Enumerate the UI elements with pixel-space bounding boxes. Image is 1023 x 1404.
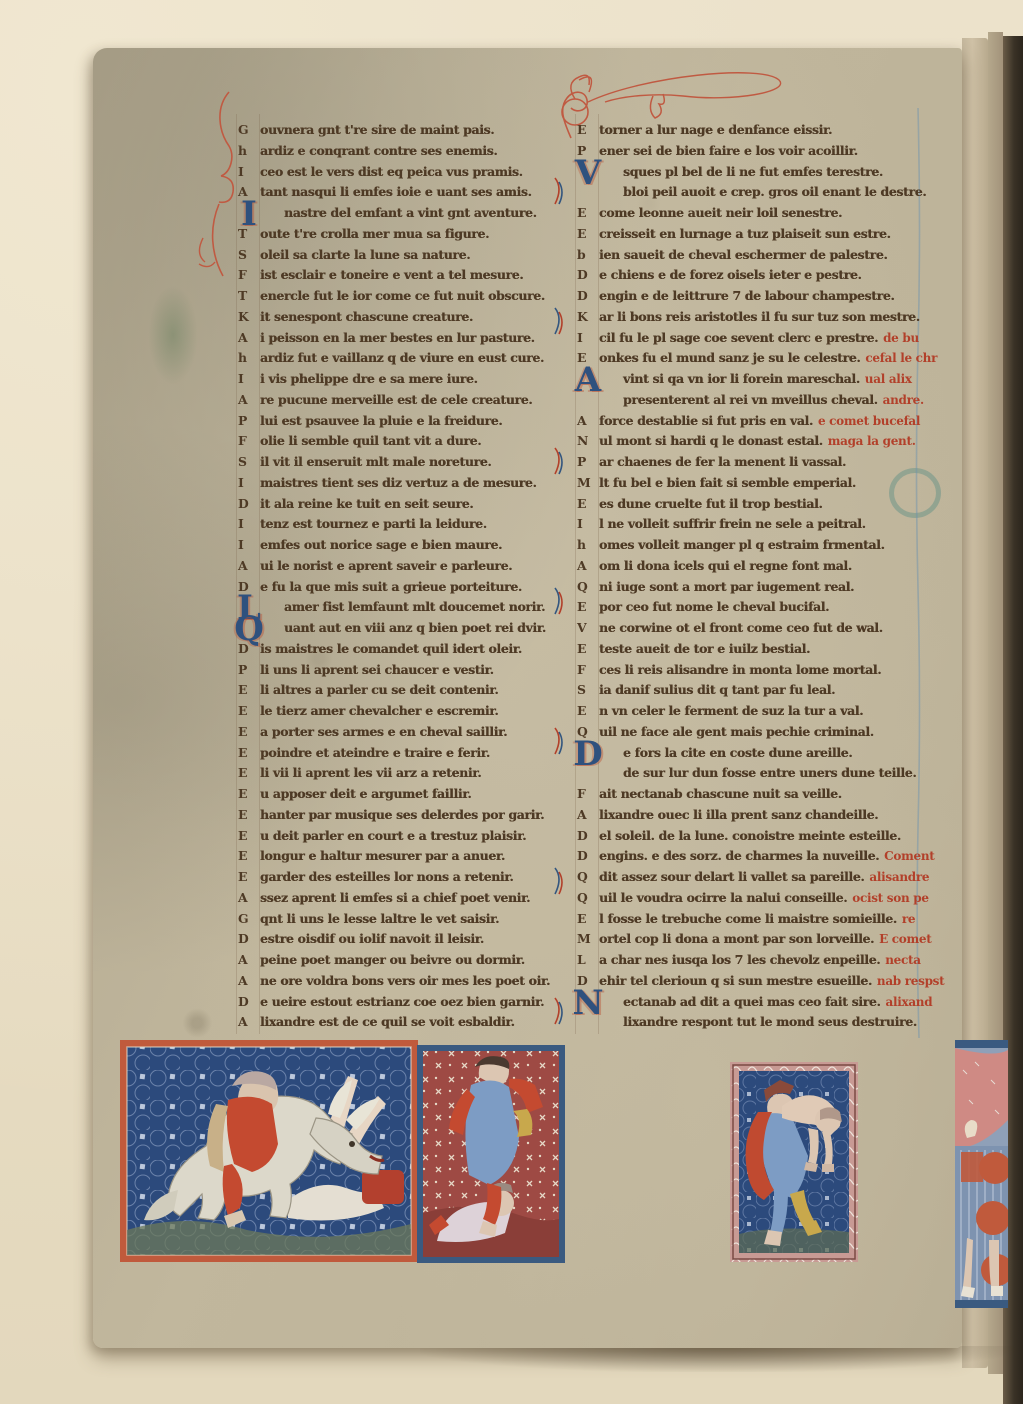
verse-text: e fu la que mis suit a grieue porteiture… (260, 577, 522, 598)
verse-initial-letter: E (577, 599, 599, 614)
verse-initial-letter: h (238, 350, 260, 365)
rubric-red-text: alisandre (864, 870, 929, 884)
verse-initial-letter: A (577, 413, 599, 428)
verse-initial-letter: K (238, 309, 260, 324)
verse-initial-letter: D (577, 848, 599, 863)
verse-initial-letter: Q (577, 890, 599, 905)
verse-initial-letter: E (238, 765, 260, 780)
verse-text: amer fist lemfaunt mlt doucemet norir. (260, 597, 545, 618)
verse-text: sques pl bel de li ne fut emfes terestre… (599, 162, 883, 183)
text-column-left: Gouvnera gnt t're sire de maint pais.har… (238, 120, 570, 1033)
verse-line: Assez aprent li emfes si a chief poet ve… (238, 888, 570, 909)
verse-text: ist esclair e toneire e vent a tel mesur… (260, 265, 523, 286)
verse-text: lixandre respont tut le mond seus destru… (599, 1012, 917, 1033)
verse-text: ssez aprent li emfes si a chief poet ven… (260, 888, 530, 909)
verse-initial-letter: I (577, 516, 599, 531)
verse-line: Dengins. e des sorz. de charmes la nuvei… (577, 846, 977, 867)
decorated-initial: D (571, 737, 605, 771)
verse-text: e ueire estout estrianz coe oez bien gar… (260, 992, 544, 1013)
verse-line: uant aut en viii anz q bien poet rei dvi… (238, 618, 570, 639)
verse-text: e chiens e de forez oisels ieter e pestr… (599, 265, 862, 286)
verse-initial-letter: A (577, 807, 599, 822)
verse-initial-letter: E (238, 807, 260, 822)
verse-initial-letter: M (577, 475, 599, 490)
verse-initial-letter: E (577, 226, 599, 241)
verse-initial-letter: T (238, 288, 260, 303)
verse-line: La char nes iusqa los 7 les chevolz enpe… (577, 950, 977, 971)
verse-initial-letter: P (238, 662, 260, 677)
verse-text: de sur lur dun fosse entre uners dune te… (599, 763, 916, 784)
verse-text: li vii li aprent les vii arz a retenir. (260, 763, 481, 784)
verse-line: Pli uns li aprent sei chaucer e vestir. (238, 660, 570, 681)
verse-text: tant nasqui li emfes ioie e uant ses ami… (260, 182, 532, 203)
verse-text: ui le norist e aprent saveir e parleure. (260, 556, 512, 577)
verse-text: ardiz fut e vaillanz q de viure en eust … (260, 348, 544, 369)
miniature-carrying-body (730, 1062, 858, 1262)
verse-text: force destablie si fut pris en val. (599, 411, 813, 432)
verse-line: Icil fu le pl sage coe sevent clerc e pr… (577, 328, 977, 349)
miniature-push-into-ditch (417, 1045, 565, 1263)
verse-initial-letter: D (577, 288, 599, 303)
verse-line: Ees dune cruelte fut il trop bestial. (577, 494, 977, 515)
verse-initial-letter: E (238, 682, 260, 697)
verse-text: ortel cop li dona a mont par son lorveil… (599, 929, 874, 950)
verse-text: om li dona icels qui el regne font mal. (599, 556, 852, 577)
verse-line: Eu deit parler en court e a trestuz plai… (238, 826, 570, 847)
verse-line: Sia danif sulius dit q tant par fu leal. (577, 680, 977, 701)
verse-line: Dis maistres le comandet quil idert olei… (238, 639, 570, 660)
rubric-red-text: alixand (880, 995, 932, 1009)
verse-text: garder des esteilles lor nons a retenir. (260, 867, 513, 888)
verse-initial-letter: F (577, 786, 599, 801)
verse-text: it senespont chascune creature. (260, 307, 473, 328)
verse-text: li uns li aprent sei chaucer e vestir. (260, 660, 494, 681)
decorated-initial: I (232, 197, 266, 231)
verse-text: ceo est le vers dist eq peica vus pramis… (260, 162, 523, 183)
verse-line: Fist esclair e toneire e vent a tel mesu… (238, 265, 570, 286)
decorated-initial: V (571, 156, 605, 190)
verse-initial-letter: E (577, 703, 599, 718)
verse-initial-letter: I (577, 330, 599, 345)
verse-line: Gqnt li uns le lesse laltre le vet saisi… (238, 909, 570, 930)
verse-initial-letter: E (577, 496, 599, 511)
verse-initial-letter: b (577, 247, 599, 262)
verse-initial-letter: L (577, 952, 599, 967)
verse-line: Ecome leonne aueit neir loil senestre. (577, 203, 977, 224)
verse-initial-letter: D (238, 496, 260, 511)
verse-text: i vis phelippe dre e sa mere iure. (260, 369, 478, 390)
verse-line: Ecreisseit en lurnage a tuz plaiseit sun… (577, 224, 977, 245)
text-column-right: Etorner a lur nage e denfance eissir.Pen… (577, 120, 977, 1033)
verse-line: Eonkes fu el mund sanz je su le celestre… (577, 348, 977, 369)
verse-text: onkes fu el mund sanz je su le celestre. (599, 348, 860, 369)
verse-line: Qdit assez sour delart li vallet sa pare… (577, 867, 977, 888)
verse-text: l fosse le trebuche come li maistre somi… (599, 909, 897, 930)
decorated-initial: Q (232, 612, 266, 646)
decorated-initial: A (571, 363, 605, 397)
verse-line: Quil ne face ale gent mais pechie crimin… (577, 722, 977, 743)
verse-initial-letter: I (238, 537, 260, 552)
verse-text: is maistres le comandet quil idert oleir… (260, 639, 522, 660)
verse-initial-letter: A (238, 558, 260, 573)
verse-line: sques pl bel de li ne fut emfes terestre… (577, 162, 977, 183)
verse-line: vint si qa vn ior li forein mareschal.ua… (577, 369, 977, 390)
rubric-red-text: maga la gent. (823, 434, 916, 448)
rubric-red-text: e comet bucefal (813, 414, 920, 428)
verse-line: e fors la cite en coste dune areille. (577, 743, 977, 764)
verse-text: a porter ses armes e en cheval saillir. (260, 722, 507, 743)
verse-line: Ele tierz amer chevalcher e escremir. (238, 701, 570, 722)
verse-text: qnt li uns le lesse laltre le vet saisir… (260, 909, 499, 930)
verse-line: nastre del emfant a vint gnt aventure. (238, 203, 570, 224)
verse-initial-letter: E (577, 122, 599, 137)
verse-initial-letter: E (577, 641, 599, 656)
verse-line: Sil vit il enseruit mlt male noreture. (238, 452, 570, 473)
verse-text: u deit parler en court e a trestuz plais… (260, 826, 526, 847)
verse-initial-letter: I (238, 371, 260, 386)
verse-text: enercle fut le ior come ce fut nuit obsc… (260, 286, 545, 307)
verse-line: Are pucune merveille est de cele creatur… (238, 390, 570, 411)
verse-line: De chiens e de forez oisels ieter e pest… (577, 265, 977, 286)
verse-initial-letter: h (238, 143, 260, 158)
verse-text: l ne volleit suffrir frein ne sele a pei… (599, 514, 866, 535)
verse-line: de sur lur dun fosse entre uners dune te… (577, 763, 977, 784)
verse-line: Del soleil. de la lune. conoistre meinte… (577, 826, 977, 847)
rubric-red-text: cefal le chr (860, 351, 937, 365)
verse-initial-letter: E (238, 724, 260, 739)
verse-line: Ane ore voldra bons vers oir mes les poe… (238, 971, 570, 992)
verse-text: uant aut en viii anz q bien poet rei dvi… (260, 618, 546, 639)
verse-text: ener sei de bien faire e los voir acoill… (599, 141, 858, 162)
rubric-red-text: nab respst (872, 974, 944, 988)
verse-text: lui est psauvee la pluie e la freidure. (260, 411, 502, 432)
verse-text: olie li semble quil tant vit a dure. (260, 431, 481, 452)
verse-initial-letter: K (577, 309, 599, 324)
verse-initial-letter: P (238, 413, 260, 428)
verse-line: hardiz e conqrant contre ses enemis. (238, 141, 570, 162)
verse-text: a char nes iusqa los 7 les chevolz enpei… (599, 950, 880, 971)
verse-line: Pener sei de bien faire e los voir acoil… (577, 141, 977, 162)
verse-line: Ehanter par musique ses delerdes por gar… (238, 805, 570, 826)
verse-line: Eli vii li aprent les vii arz a retenir. (238, 763, 570, 784)
verse-line: Gouvnera gnt t're sire de maint pais. (238, 120, 570, 141)
verse-line: De fu la que mis suit a grieue porteitur… (238, 577, 570, 598)
verse-text: ces li reis alisandre in monta lome mort… (599, 660, 881, 681)
verse-line: Ai peisson en la mer bestes en lur pastu… (238, 328, 570, 349)
verse-line: Fces li reis alisandre in monta lome mor… (577, 660, 977, 681)
manuscript-page: Gouvnera gnt t're sire de maint pais.har… (93, 48, 962, 1348)
verse-line: homes volleit manger pl q estraim frment… (577, 535, 977, 556)
verse-line: Il ne volleit suffrir frein ne sele a pe… (577, 514, 977, 535)
verse-text: ardiz e conqrant contre ses enemis. (260, 141, 497, 162)
verse-initial-letter: G (238, 911, 260, 926)
verse-line: presenterent al rei vn mveillus cheval.a… (577, 390, 977, 411)
verse-line: Destre oisdif ou iolif navoit il leisir. (238, 929, 570, 950)
verse-text: es dune cruelte fut il trop bestial. (599, 494, 822, 515)
rubric-red-text: Coment (879, 849, 934, 863)
verse-line: Folie li semble quil tant vit a dure. (238, 431, 570, 452)
miniature-facing-folio-partial (955, 1040, 1008, 1308)
verse-line: Qni iuge sont a mort par iugement real. (577, 577, 977, 598)
verse-text: come leonne aueit neir loil senestre. (599, 203, 842, 224)
verse-initial-letter: I (238, 516, 260, 531)
verse-text: ouvnera gnt t're sire de maint pais. (260, 120, 494, 141)
verse-text: n vn celer le ferment de suz la tur a va… (599, 701, 863, 722)
verse-initial-letter: S (577, 682, 599, 697)
verse-initial-letter: F (238, 267, 260, 282)
verse-text: omes volleit manger pl q estraim frmenta… (599, 535, 885, 556)
verse-line: Imaistres tient ses diz vertuz a de mesu… (238, 473, 570, 494)
verse-text: creisseit en lurnage a tuz plaiseit sun … (599, 224, 891, 245)
verse-initial-letter: S (238, 247, 260, 262)
verse-initial-letter: A (238, 392, 260, 407)
verse-initial-letter: A (238, 890, 260, 905)
verse-text: ait nectanab chascune nuit sa veille. (599, 784, 842, 805)
verse-text: estre oisdif ou iolif navoit il leisir. (260, 929, 484, 950)
verse-line: Ii vis phelippe dre e sa mere iure. (238, 369, 570, 390)
verse-initial-letter: A (238, 973, 260, 988)
verse-text: u apposer deit e argumet faillir. (260, 784, 471, 805)
verse-initial-letter: E (238, 869, 260, 884)
verse-text: tenz est tournez e parti la leidure. (260, 514, 487, 535)
verse-line: Alixandre ouec li illa prent sanz chande… (577, 805, 977, 826)
verse-initial-letter: M (577, 931, 599, 946)
verse-line: Epoindre et ateindre e traire e ferir. (238, 743, 570, 764)
verse-initial-letter: A (238, 1014, 260, 1029)
verse-line: Apeine poet manger ou beivre ou dormir. (238, 950, 570, 971)
verse-line: Nul mont si hardi q le donast estal.maga… (577, 431, 977, 452)
verse-line: El fosse le trebuche come li maistre som… (577, 909, 977, 930)
verse-initial-letter: E (238, 828, 260, 843)
verse-line: Epor ceo fut nome le cheval bucifal. (577, 597, 977, 618)
verse-initial-letter: D (238, 931, 260, 946)
verse-text: peine poet manger ou beivre ou dormir. (260, 950, 525, 971)
decorated-initial: N (571, 986, 605, 1020)
verse-line: Dit ala reine ke tuit en seit seure. (238, 494, 570, 515)
verse-line: Mortel cop li dona a mont par son lorvei… (577, 929, 977, 950)
verse-text: ar chaenes de fer la menent li vassal. (599, 452, 846, 473)
verse-text: bloi peil auoit e crep. gros oil enant l… (599, 182, 926, 203)
verse-line: Mlt fu bel e bien fait si semble emperia… (577, 473, 977, 494)
verse-text: torner a lur nage e denfance eissir. (599, 120, 832, 141)
verse-line: Plui est psauvee la pluie e la freidure. (238, 411, 570, 432)
rubric-red-text: de bu (878, 331, 919, 345)
verse-text: lt fu bel e bien fait si semble emperial… (599, 473, 856, 494)
verse-line: Eu apposer deit e argumet faillir. (238, 784, 570, 805)
verse-text: maistres tient ses diz vertuz a de mesur… (260, 473, 536, 494)
verse-text: el soleil. de la lune. conoistre meinte … (599, 826, 901, 847)
verse-text: teste aueit de tor e iuilz bestial. (599, 639, 810, 660)
verse-line: Soleil sa clarte la lune sa nature. (238, 245, 570, 266)
verse-initial-letter: E (238, 786, 260, 801)
verse-text: emfes out norice sage e bien maure. (260, 535, 502, 556)
verse-text: hanter par musique ses delerdes por gari… (260, 805, 544, 826)
verse-initial-letter: I (238, 475, 260, 490)
verse-line: Aui le norist e aprent saveir e parleure… (238, 556, 570, 577)
verse-text: ien saueit de cheval eschermer de palest… (599, 245, 887, 266)
verse-text: engins. e des sorz. de charmes la nuveil… (599, 846, 879, 867)
verse-text: presenterent al rei vn mveillus cheval. (599, 390, 878, 411)
verse-initial-letter: A (238, 330, 260, 345)
verse-initial-letter: E (577, 911, 599, 926)
verse-initial-letter: E (238, 703, 260, 718)
rubric-red-text: ocist son pe (847, 891, 928, 905)
verse-initial-letter: F (238, 433, 260, 448)
verse-text: ni iuge sont a mort par iugement real. (599, 577, 854, 598)
verse-line: Elongur e haltur mesurer par a anuer. (238, 846, 570, 867)
verse-initial-letter: F (577, 662, 599, 677)
verse-initial-letter: P (577, 454, 599, 469)
verse-initial-letter: A (577, 558, 599, 573)
miniature-bucephalus (120, 1040, 418, 1262)
rubric-red-text: andre. (878, 393, 924, 407)
rubric-red-text: re (897, 912, 915, 926)
verse-text: i peisson en la mer bestes en lur pastur… (260, 328, 535, 349)
verse-line: Vne corwine ot el front come ceo fut de … (577, 618, 977, 639)
verse-initial-letter: E (577, 205, 599, 220)
verse-text: por ceo fut nome le cheval bucifal. (599, 597, 829, 618)
verse-line: ectanab ad dit a quei mas ceo fait sire.… (577, 992, 977, 1013)
verse-initial-letter: I (238, 164, 260, 179)
verse-text: ia danif sulius dit q tant par fu leal. (599, 680, 835, 701)
verse-line: Quil le voudra ocirre la nalui conseille… (577, 888, 977, 909)
verse-text: lixandre est de ce quil se voit esbaldir… (260, 1012, 515, 1033)
verse-text: oute t're crolla mer mua sa figure. (260, 224, 489, 245)
verse-line: Iemfes out norice sage e bien maure. (238, 535, 570, 556)
verse-text: le tierz amer chevalcher e escremir. (260, 701, 498, 722)
verse-text: longur e haltur mesurer par a anuer. (260, 846, 505, 867)
verse-text: ectanab ad dit a quei mas ceo fait sire. (599, 992, 880, 1013)
verse-line: Alixandre est de ce quil se voit esbaldi… (238, 1012, 570, 1033)
verse-initial-letter: G (238, 122, 260, 137)
verse-line: Egarder des esteilles lor nons a retenir… (238, 867, 570, 888)
red-penwork-flourish-left (189, 88, 241, 288)
verse-line: Kit senespont chascune creature. (238, 307, 570, 328)
verse-line: Par chaenes de fer la menent li vassal. (577, 452, 977, 473)
verse-line: Atant nasqui li emfes ioie e uant ses am… (238, 182, 570, 203)
verse-text: re pucune merveille est de cele creature… (260, 390, 532, 411)
verse-text: lixandre ouec li illa prent sanz chandei… (599, 805, 878, 826)
rubric-red-text: necta (880, 953, 921, 967)
verse-initial-letter: D (238, 994, 260, 1009)
verse-text: ne corwine ot el front come ceo fut de w… (599, 618, 883, 639)
verse-text: ar li bons reis aristotles il fu sur tuz… (599, 307, 920, 328)
verse-text: vint si qa vn ior li forein mareschal. (599, 369, 860, 390)
verse-initial-letter: S (238, 454, 260, 469)
verse-initial-letter: E (238, 745, 260, 760)
verse-line: amer fist lemfaunt mlt doucemet norir. (238, 597, 570, 618)
page-shadow (420, 1346, 1015, 1372)
verse-text: il vit il enseruit mlt male noreture. (260, 452, 491, 473)
verse-line: Ea porter ses armes e en cheval saillir. (238, 722, 570, 743)
verse-text: dit assez sour delart li vallet sa parei… (599, 867, 864, 888)
verse-text: engin e de leittrure 7 de labour champes… (599, 286, 894, 307)
verse-line: Aforce destablie si fut pris en val.e co… (577, 411, 977, 432)
verse-line: Eli altres a parler cu se deit contenir. (238, 680, 570, 701)
verse-initial-letter: A (238, 952, 260, 967)
ruling-line (575, 114, 576, 1034)
verse-line: bien saueit de cheval eschermer de pales… (577, 245, 977, 266)
verse-initial-letter: h (577, 537, 599, 552)
verse-text: oleil sa clarte la lune sa nature. (260, 245, 470, 266)
verse-initial-letter: E (238, 848, 260, 863)
verse-line: Toute t're crolla mer mua sa figure. (238, 224, 570, 245)
verse-text: ehir tel clerioun q si sun mestre esueil… (599, 971, 872, 992)
verse-line: Dengin e de leittrure 7 de labour champe… (577, 286, 977, 307)
verse-initial-letter: Q (577, 579, 599, 594)
verse-text: nastre del emfant a vint gnt aventure. (260, 203, 537, 224)
verse-text: uil le voudra ocirre la nalui conseille. (599, 888, 847, 909)
verse-line: Etorner a lur nage e denfance eissir. (577, 120, 977, 141)
verse-line: Iceo est le vers dist eq peica vus prami… (238, 162, 570, 183)
verse-line: bloi peil auoit e crep. gros oil enant l… (577, 182, 977, 203)
verse-line: Dehir tel clerioun q si sun mestre esuei… (577, 971, 977, 992)
verse-text: uil ne face ale gent mais pechie crimina… (599, 722, 874, 743)
verse-line: Eteste aueit de tor e iuilz bestial. (577, 639, 977, 660)
verse-text: ul mont si hardi q le donast estal. (599, 431, 823, 452)
verse-text: it ala reine ke tuit en seit seure. (260, 494, 473, 515)
verse-initial-letter: N (577, 433, 599, 448)
verse-initial-letter: D (577, 267, 599, 282)
rubric-red-text: ual alix (860, 372, 912, 386)
verse-text: li altres a parler cu se deit contenir. (260, 680, 498, 701)
verse-line: Kar li bons reis aristotles il fu sur tu… (577, 307, 977, 328)
verse-initial-letter: Q (577, 869, 599, 884)
verse-line: Aom li dona icels qui el regne font mal. (577, 556, 977, 577)
green-stain (148, 285, 198, 385)
verse-line: De ueire estout estrianz coe oez bien ga… (238, 992, 570, 1013)
verse-initial-letter: V (577, 620, 599, 635)
verse-line: En vn celer le ferment de suz la tur a v… (577, 701, 977, 722)
verse-initial-letter: D (577, 828, 599, 843)
verse-line: lixandre respont tut le mond seus destru… (577, 1012, 977, 1033)
verse-line: Itenz est tournez e parti la leidure. (238, 514, 570, 535)
manuscript-photo: Gouvnera gnt t're sire de maint pais.har… (0, 0, 1023, 1404)
rubric-red-text: E comet (874, 932, 931, 946)
verse-text: ne ore voldra bons vers oir mes les poet… (260, 971, 550, 992)
verse-text: e fors la cite en coste dune areille. (599, 743, 852, 764)
verse-line: Tenercle fut le ior come ce fut nuit obs… (238, 286, 570, 307)
verse-line: Fait nectanab chascune nuit sa veille. (577, 784, 977, 805)
verse-line: hardiz fut e vaillanz q de viure en eust… (238, 348, 570, 369)
verse-text: poindre et ateindre e traire e ferir. (260, 743, 490, 764)
verse-text: cil fu le pl sage coe sevent clerc e pre… (599, 328, 878, 349)
